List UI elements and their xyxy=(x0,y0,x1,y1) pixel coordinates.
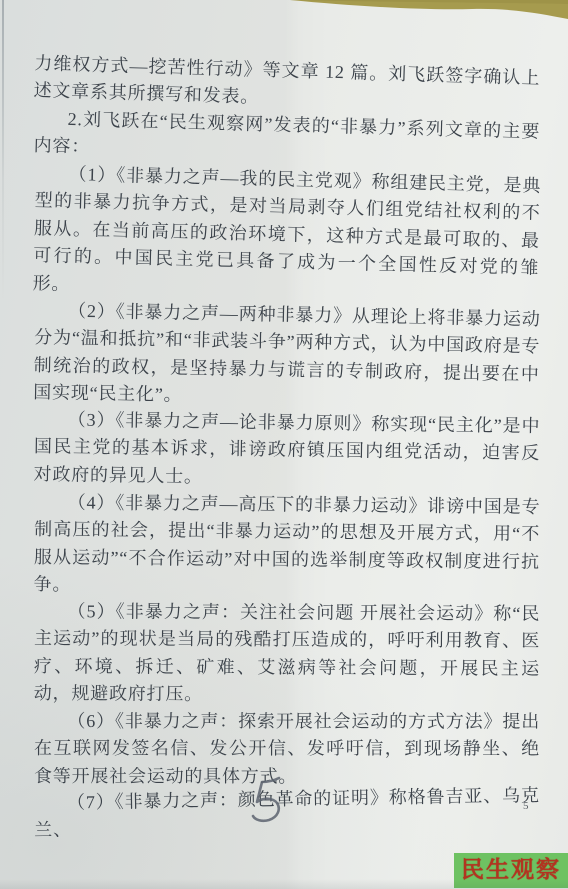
page-edge-line xyxy=(2,0,4,300)
paragraph-item-3: （3）《非暴力之声—论非暴力原则》称实现“民主化”是中国民主党的基本诉求，诽谤政… xyxy=(33,406,540,495)
document-photo: 力维权方式—挖苦性行动》等文章 12 篇。刘飞跃签字确认上述文章系其所撰写和发表… xyxy=(0,0,568,889)
paragraph-item-4: （4）《非暴力之声—高压下的非暴力运动》诽谤中国是专制高压的社会，提出“非暴力运… xyxy=(33,489,540,603)
handwritten-page-number xyxy=(243,772,295,828)
paragraph-item-5: （5）《非暴力之声：关注社会问题 开展社会运动》称“民主运动”的现状是当局的残酷… xyxy=(34,598,541,710)
table-background-top-right xyxy=(0,0,568,28)
printed-page-number: 5 xyxy=(523,800,529,812)
paragraph-item-1: （1）《非暴力之声—我的民主党观》称组建民主党，是典型的非暴力抗争方式，是对当局… xyxy=(32,160,541,310)
paragraph-item-2: （2）《非暴力之声—两种非暴力》从理论上将非暴力运动分为“温和抵抗”和“非武装斗… xyxy=(33,297,541,416)
watermark-minsheng-guancha: 民生观察 xyxy=(454,853,568,888)
document-body-text: 力维权方式—挖苦性行动》等文章 12 篇。刘飞跃签字确认上述文章系其所撰写和发表… xyxy=(34,50,540,845)
